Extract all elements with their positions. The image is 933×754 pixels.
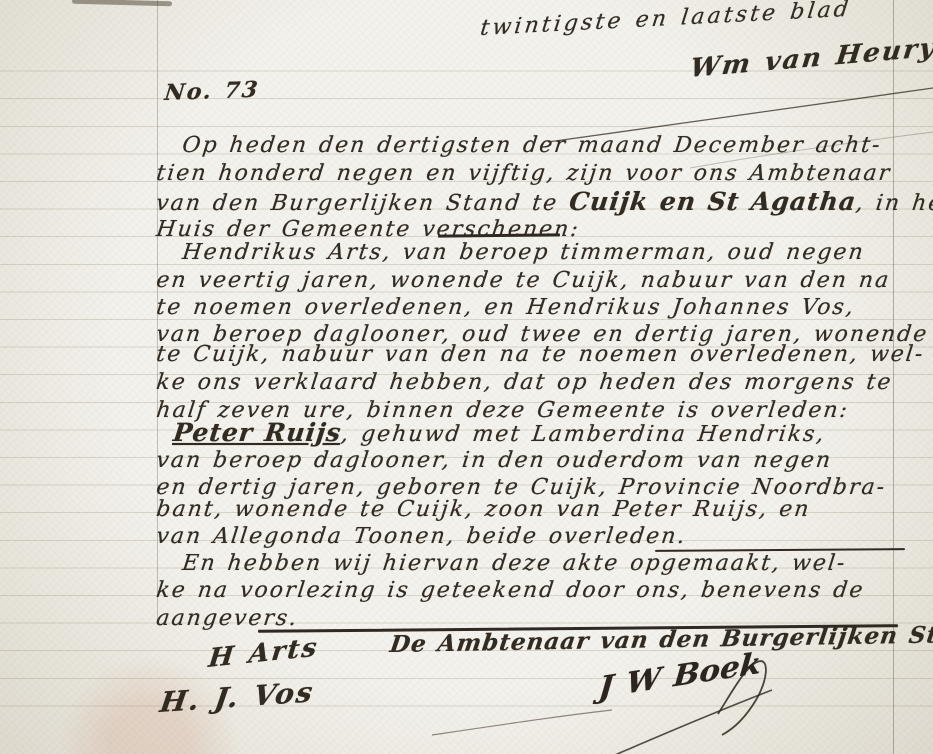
body-line: ke ons verklaard hebben, dat op heden de…: [155, 370, 894, 396]
document-page: twintigste en laatste blad Wm van Heury …: [0, 0, 933, 754]
municipality-name: Cuijk en St Agatha: [568, 187, 858, 216]
body-line: bant, wonende te Cuijk, zoon van Peter R…: [155, 497, 812, 523]
body-line: te noemen overledenen, en Hendrikus Joha…: [155, 295, 857, 321]
signature-flourish-left: [432, 710, 612, 735]
witness-signature-1: H Arts: [207, 635, 320, 672]
body-line: Hendrikus Arts, van beroep timmerman, ou…: [181, 240, 866, 266]
body-line: Op heden den dertigsten der maand Decemb…: [181, 133, 883, 159]
body-line: ke na voorlezing is geteekend door ons, …: [155, 578, 866, 604]
body-line-text: van den Burgerlijken Stand te: [155, 191, 571, 216]
countersignature: Wm van Heury: [689, 35, 933, 82]
body-line: En hebben wij hiervan deze akte opgemaak…: [181, 551, 848, 577]
body-line: van den Burgerlijken Stand te Cuijk en S…: [155, 189, 933, 217]
top-edge-smudge: [72, 0, 172, 6]
body-line: van Allegonda Toonen, beide overleden.: [155, 524, 688, 550]
body-line: Peter Ruijs, gehuwd met Lamberdina Hendr…: [172, 420, 828, 448]
body-line-text: , in het: [854, 191, 933, 216]
act-number: No. 73: [163, 77, 260, 106]
body-line: tien honderd negen en vijftig, zijn voor…: [155, 161, 893, 187]
body-line: te Cuijk, nabuur van den na te noemen ov…: [155, 342, 926, 368]
witness-signature-2: H. J. Vos: [158, 679, 316, 716]
body-line: en veertig jaren, wonende te Cuijk, nabu…: [155, 268, 892, 294]
page-label: twintigste en laatste blad: [479, 0, 853, 42]
official-signature: J W Boek: [598, 651, 763, 701]
body-line-text: , gehuwd met Lamberdina Hendriks,: [340, 422, 827, 447]
deceased-name: Peter Ruijs: [172, 418, 343, 447]
body-line: aangevers.: [155, 606, 300, 632]
body-line: van beroep daglooner, in den ouderdom va…: [155, 448, 834, 474]
